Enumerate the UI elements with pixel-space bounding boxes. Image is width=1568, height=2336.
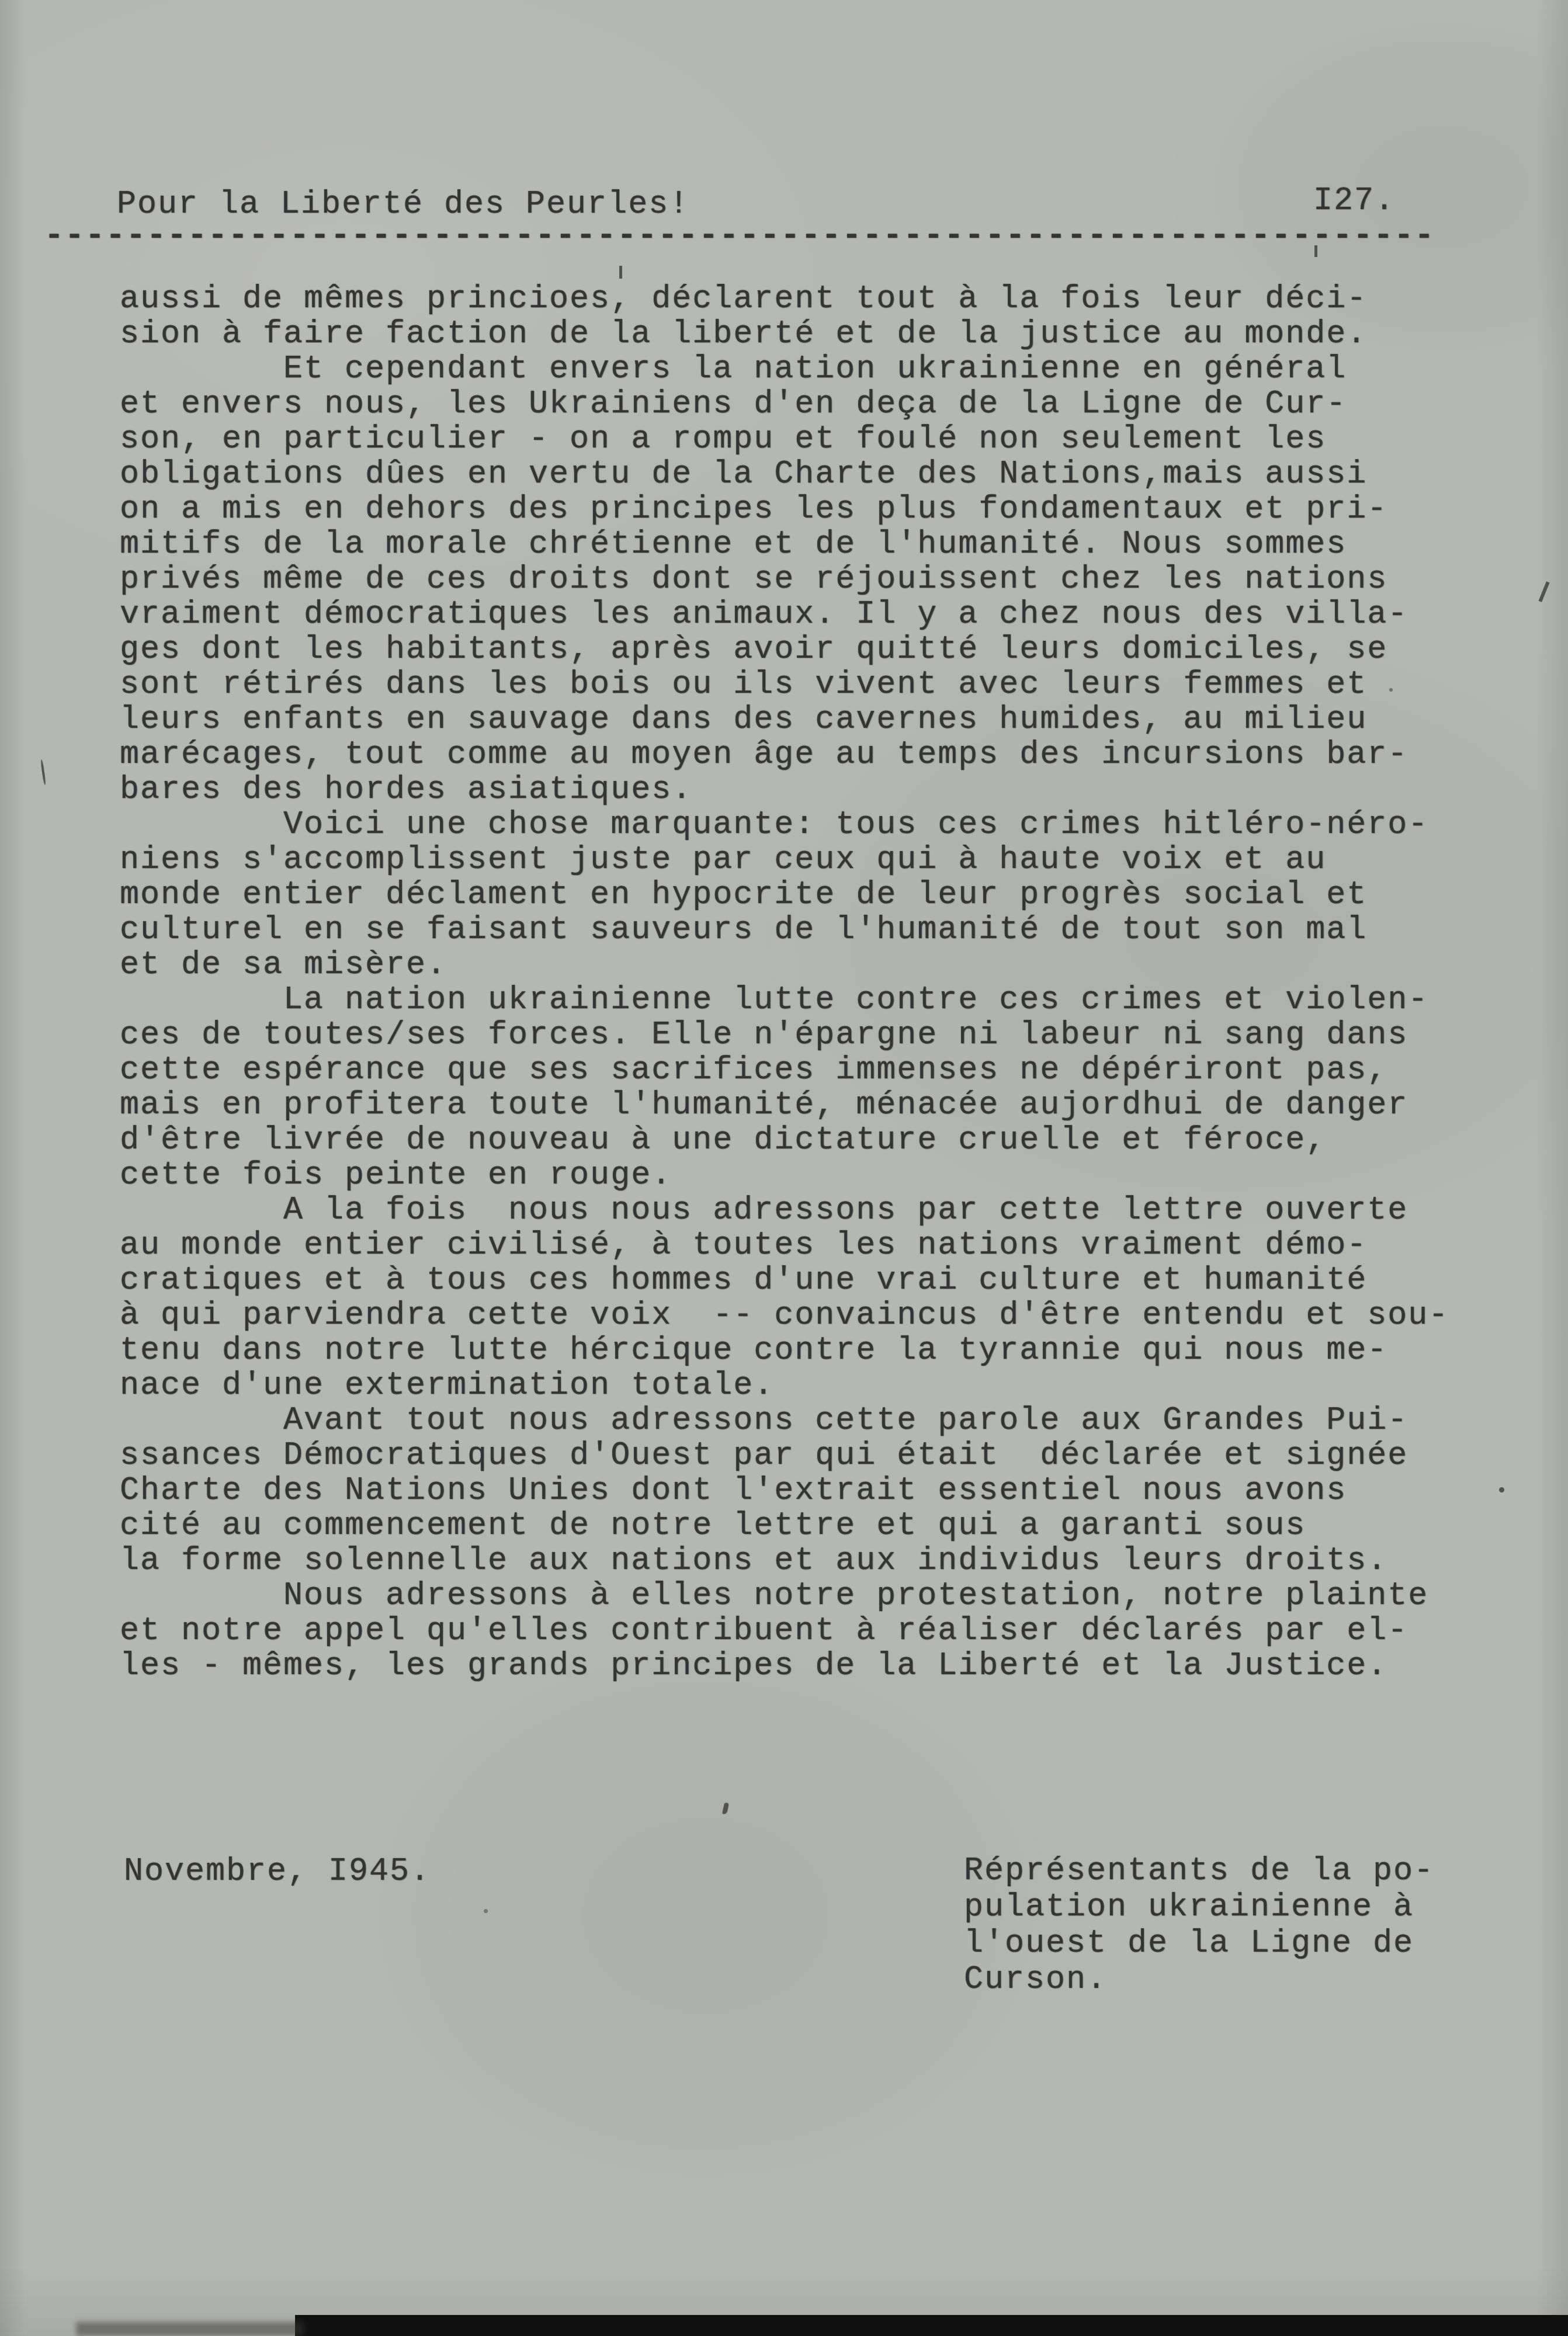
letter-body-text: aussi de mêmes princioes, déclarent tout… <box>120 282 1449 1684</box>
ink-speck <box>40 759 46 785</box>
divider-dashed-rule: ----------------------------------------… <box>44 217 1505 254</box>
ink-speck <box>1389 688 1393 692</box>
page-number: I27. <box>1313 182 1395 219</box>
scan-edge-bar <box>295 2315 1568 2336</box>
date-line: Novembre, I945. <box>124 1853 431 1890</box>
ink-speck <box>619 266 622 279</box>
ink-speck <box>1499 1487 1504 1492</box>
scan-edge-smudge <box>76 2322 304 2336</box>
ink-speck <box>722 1802 729 1814</box>
ink-speck <box>484 1909 488 1913</box>
ink-speck <box>1314 245 1317 257</box>
signature-block: Réprésentants de la po- pulation ukraini… <box>964 1853 1434 1998</box>
scanned-document-page: Pour la Liberté des Peurles! I27. ------… <box>0 0 1568 2336</box>
ink-speck <box>1538 581 1549 602</box>
